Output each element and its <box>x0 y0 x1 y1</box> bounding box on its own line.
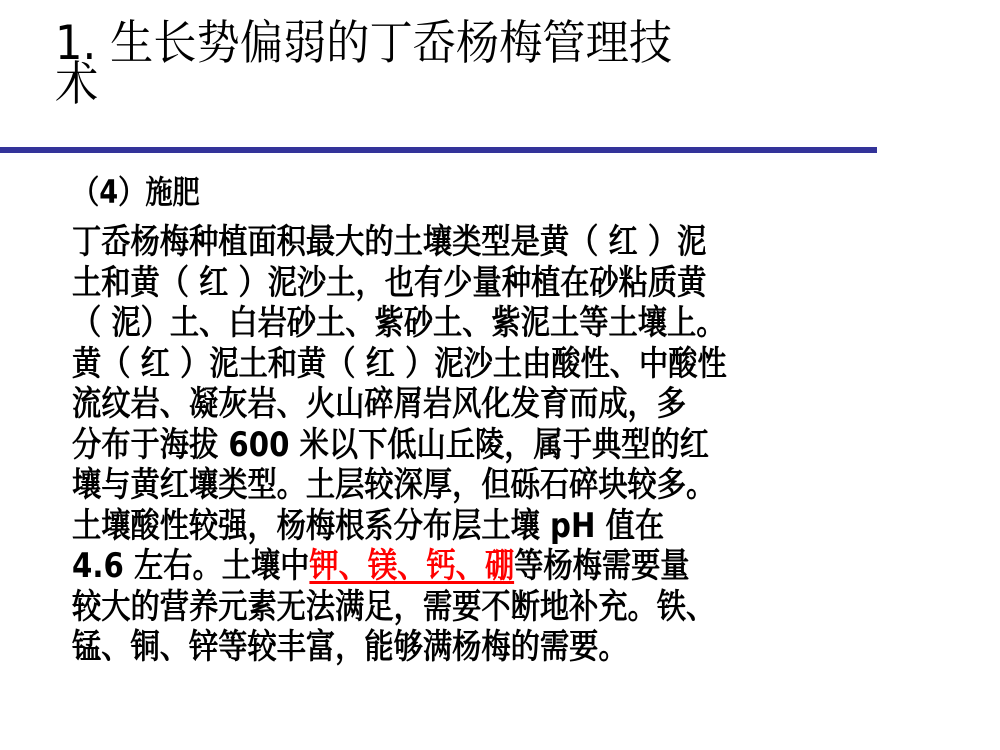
body-paragraph: 丁岙杨梅种植面积最大的土壤类型是黄（ 红 ）泥 土和黄（ 红 ）泥沙土，也有少量… <box>72 222 941 668</box>
body-line: 丁岙杨梅种植面积最大的土壤类型是黄（ 红 ）泥 <box>72 222 941 263</box>
body-line: 土壤酸性较强，杨梅根系分布层土壤 pH 值在 <box>72 506 941 547</box>
body-line: 土和黄（ 红 ）泥沙土，也有少量种植在砂粘质黄 <box>72 263 941 304</box>
body-line-prefix: 4.6 左右。土壤中 <box>72 546 309 586</box>
body-line: 黄（ 红 ）泥土和黄（ 红 ）泥沙土由酸性、中酸性 <box>72 344 941 385</box>
highlighted-nutrients: 钾、镁、钙、硼 <box>309 546 514 586</box>
title-divider <box>0 147 877 153</box>
body-line: 较大的营养元素无法满足，需要不断地补充。铁、 <box>72 587 941 628</box>
body-line: 锰、铜、锌等较丰富，能够满杨梅的需要。 <box>72 627 941 668</box>
body-line-suffix: 等杨梅需要量 <box>514 546 689 586</box>
section-heading: （4）施肥 <box>72 170 200 214</box>
slide-title: 1. 生长势偏弱的丁岙杨梅管理技 术 <box>55 14 819 95</box>
body-line: 流纹岩、凝灰岩、火山碎屑岩风化发育而成，多 <box>72 384 941 425</box>
title-line-1: 1. 生长势偏弱的丁岙杨梅管理技 <box>55 14 819 55</box>
body-line: 壤与黄红壤类型。土层较深厚，但砾石碎块较多。 <box>72 465 941 506</box>
body-line: 4.6 左右。土壤中钾、镁、钙、硼等杨梅需要量 <box>72 546 941 587</box>
body-line: 分布于海拔 600 米以下低山丘陵，属于典型的红 <box>72 425 941 466</box>
body-line: （ 泥）土、白岩砂土、紫砂土、紫泥土等土壤上。 <box>72 303 941 344</box>
